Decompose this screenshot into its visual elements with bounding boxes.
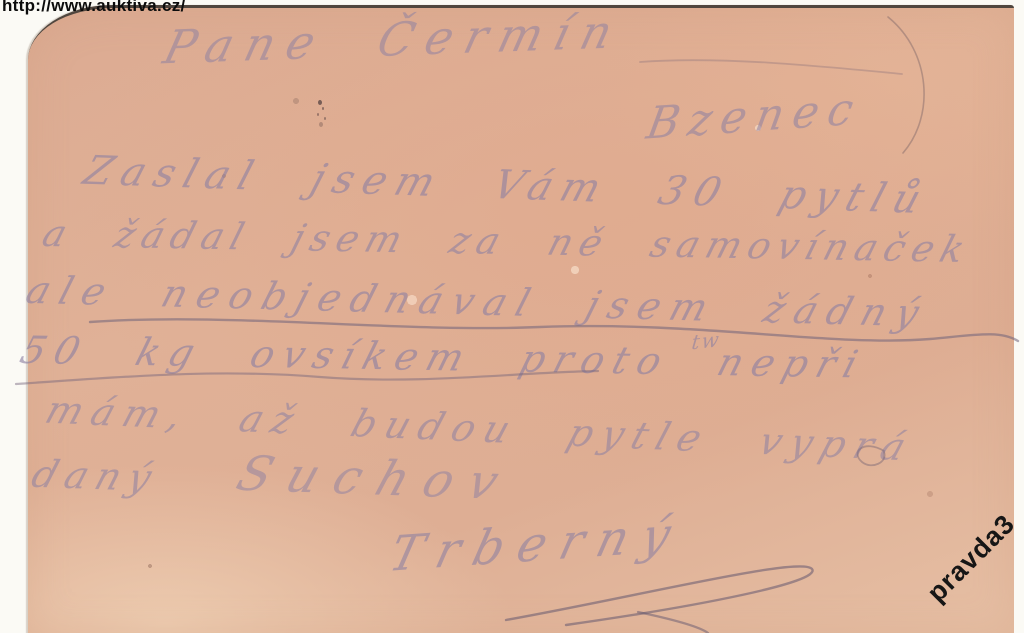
scanned-postcard-photo: Pane Čermín Bzenec Zaslal jsem Vám 30 py… (0, 0, 1024, 633)
handwriting-closing-word: daný (27, 452, 165, 500)
ink-blot (318, 100, 322, 105)
handwriting-closing-name: Suchov (230, 446, 521, 511)
handwriting-insertion-mark: tw (690, 327, 722, 354)
watermark-url-text: http://www.auktiva.cz/ (2, 0, 186, 16)
